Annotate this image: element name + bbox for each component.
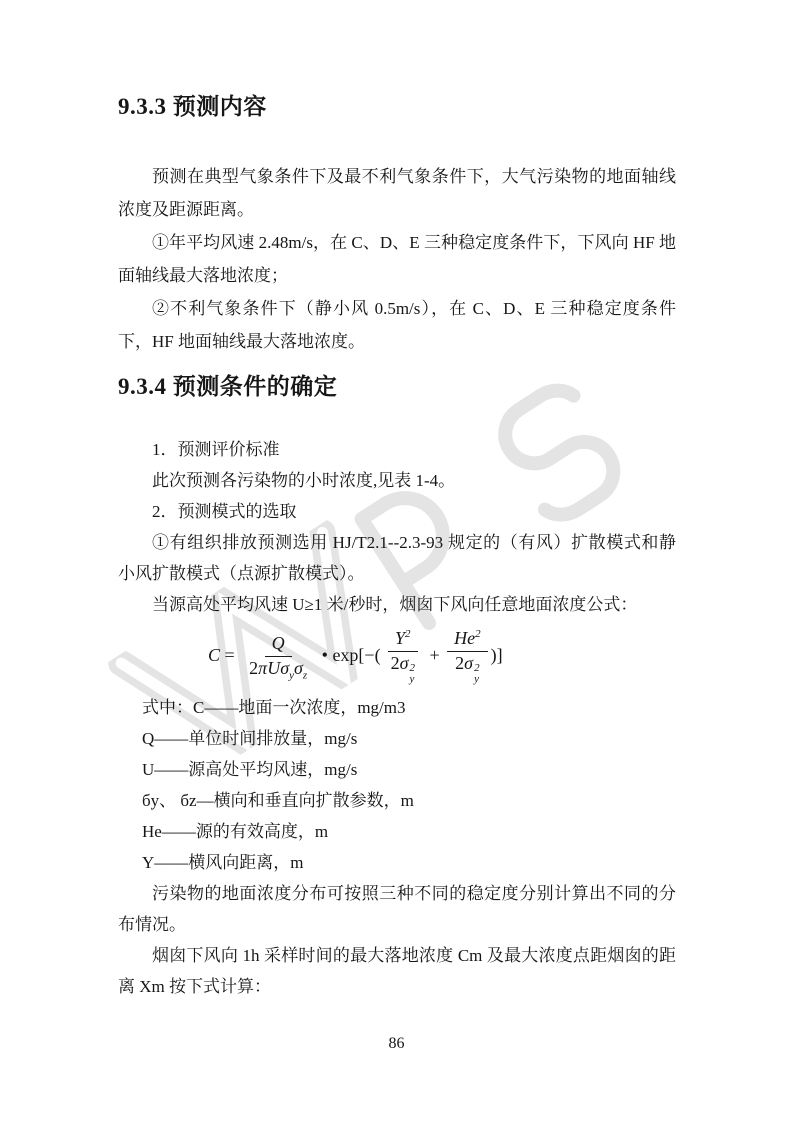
document-content: 9.3.3 预测内容预测在典型气象条件下及最不利气象条件下，大气污染物的地面轴线… [118, 90, 676, 1002]
paragraph: 污染物的地面浓度分布可按照三种不同的稳定度分别计算出不同的分布情况。 [118, 878, 676, 940]
paragraph: 1．预测评价标准 [118, 434, 676, 465]
paragraph: 烟囱下风向 1h 采样时间的最大落地浓度 Cm 及最大浓度点距烟囱的距离 Xm … [118, 940, 676, 1002]
paragraph: 当源高处平均风速 U≥1 米/秒时，烟囱下风向任意地面浓度公式： [118, 589, 676, 620]
paragraph: 2．预测模式的选取 [118, 496, 676, 527]
gaussian-concentration-formula: C = Q2πUσyσz • exp[−(Y22σ2y + He22σ2y)] [208, 628, 676, 684]
paragraph: ①年平均风速 2.48m/s，在 C、D、E 三种稳定度条件下，下风向 HF 地… [118, 226, 676, 292]
paragraph: 预测在典型气象条件下及最不利气象条件下，大气污染物的地面轴线浓度及距源距离。 [118, 160, 676, 226]
page-number: 86 [0, 1035, 793, 1053]
paragraph: U——源高处平均风速，mg/s [118, 754, 676, 785]
paragraph: ①有组织排放预测选用 HJ/T2.1--2.3-93 规定的（有风）扩散模式和静… [118, 527, 676, 589]
section-heading-9.3.3: 9.3.3 预测内容 [118, 90, 676, 124]
paragraph: Q——单位时间排放量，mg/s [118, 723, 676, 754]
section-heading-9.3.4: 9.3.4 预测条件的确定 [118, 370, 676, 404]
paragraph: He——源的有效高度，m [118, 816, 676, 847]
document-page: 9.3.3 预测内容预测在典型气象条件下及最不利气象条件下，大气污染物的地面轴线… [0, 0, 793, 1122]
paragraph: 此次预测各污染物的小时浓度,见表 1-4。 [118, 465, 676, 496]
paragraph: бy、 бz—横向和垂直向扩散参数，m [118, 785, 676, 816]
paragraph: 式中：C——地面一次浓度，mg/m3 [118, 692, 676, 723]
paragraph: ②不利气象条件下（静小风 0.5m/s），在 C、D、E 三种稳定度条件下，HF… [118, 292, 676, 358]
paragraph: Y——横风向距离，m [118, 847, 676, 878]
